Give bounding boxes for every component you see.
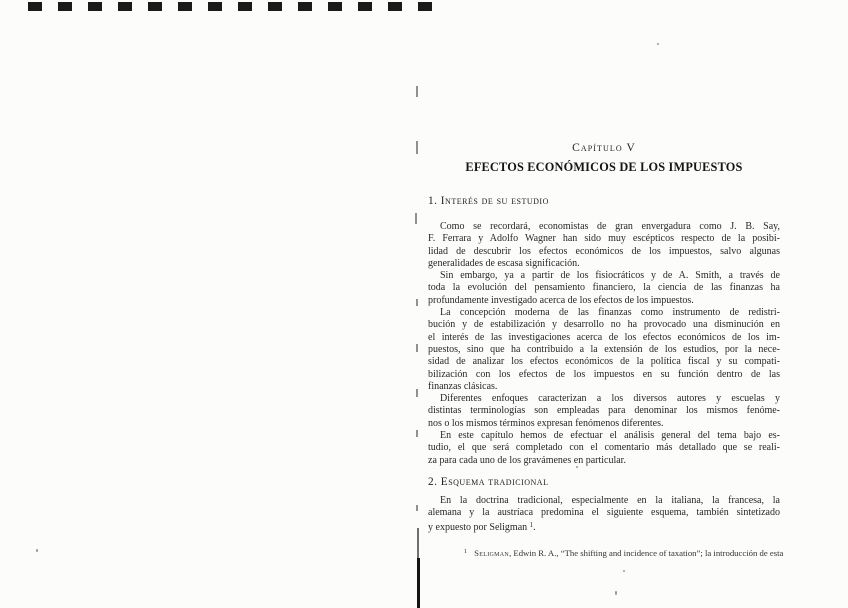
gutter-tick-mark [416,389,418,397]
film-sprocket-mark [118,2,132,11]
text-line: profundamente investigado acerca de los … [428,295,780,307]
text-line: finanzas clásicas. [428,381,780,393]
page-title: EFECTOS ECONÓMICOS DE LOS IMPUESTOS [428,160,780,174]
body-text: 1. Interés de su estudioComo se recordar… [428,195,780,558]
text-line: toda la evolución del pensamiento financ… [428,282,780,294]
film-sprocket-mark [58,2,72,11]
footnote: 1Seligman, Edwin R. A., “The shifting an… [464,547,780,558]
text-line: bución y de estabilización y desarrollo … [428,319,780,331]
paragraph: En la doctrina tradicional, especialment… [428,495,780,534]
film-sprocket-mark [298,2,312,11]
film-edge-line [417,558,420,608]
scanned-page-text-block: Capítulo V EFECTOS ECONÓMICOS DE LOS IMP… [428,142,780,558]
text-line: y expuesto por Seligman 1. [428,520,780,534]
paragraph: Sin embargo, ya a partir de los fisiocrá… [428,270,780,307]
text-line: bilización con los efectos de los impues… [428,369,780,381]
scan-speck [36,549,38,552]
paragraph: Diferentes enfoques caracterizan a los d… [428,393,780,430]
film-sprocket-mark [178,2,192,11]
text-line: generalidades de escasa significación. [428,258,780,270]
text-line: sidad de analizar los efectos económicos… [428,356,780,368]
text-line: En este capítulo hemos de efectuar el an… [428,430,780,442]
gutter-tick-mark [416,505,418,511]
footnote-text: , Edwin R. A., “The shifting and inciden… [509,548,783,558]
gutter-tick-mark [416,430,418,437]
film-sprocket-mark [148,2,162,11]
film-sprocket-mark [208,2,222,11]
footnote-reference: 1 [530,522,533,529]
film-sprocket-mark [418,2,432,11]
text-line: distintas terminologías son empleadas pa… [428,405,780,417]
text-line: Como se recordará, economistas de gran e… [428,221,780,233]
film-sprocket-mark [268,2,282,11]
scan-speck [657,43,659,45]
text-line: tudio, el que será completado con el com… [428,442,780,454]
film-sprocket-mark [358,2,372,11]
section-heading: 2. Esquema tradicional [428,476,780,489]
footnote-author: Seligman [474,548,509,558]
film-sprocket-mark [28,2,42,11]
scan-speck [615,591,617,595]
paragraph: En este capítulo hemos de efectuar el an… [428,430,780,467]
film-sprocket-mark [88,2,102,11]
gutter-tick-mark [416,299,418,306]
text-line: Sin embargo, ya a partir de los fisiocrá… [428,270,780,282]
gutter-tick-mark [416,141,418,154]
film-edge-line [417,528,419,562]
gutter-tick-mark [415,213,417,224]
text-line: Diferentes enfoques caracterizan a los d… [428,393,780,405]
text-line: La concepción moderna de las finanzas co… [428,307,780,319]
text-line: alemana y la austríaca predomina el sigu… [428,507,780,519]
section-heading: 1. Interés de su estudio [428,195,780,208]
scan-speck [623,570,625,572]
text-line: nos o los mismos términos expresan fenóm… [428,418,780,430]
film-sprocket-mark [388,2,402,11]
text-line: F. Ferrara y Adolfo Wagner han sido muy … [428,233,780,245]
text-line: En la doctrina tradicional, especialment… [428,495,780,507]
paragraph: La concepción moderna de las finanzas co… [428,307,780,393]
film-sprocket-mark [328,2,342,11]
paragraph: Como se recordará, economistas de gran e… [428,221,780,270]
gutter-tick-mark [416,86,418,97]
footnote-marker: 1 [464,548,467,555]
text-line: el interés de las investigaciones acerca… [428,332,780,344]
text-line: lidad de descubrir los efectos económico… [428,246,780,258]
film-sprocket-mark [238,2,252,11]
chapter-heading: Capítulo V [428,142,780,155]
gutter-tick-mark [416,344,418,352]
text-line: za para cada uno de los gravámenes en pa… [428,455,780,467]
text-line: puestos, sino que ha contribuido a la ex… [428,344,780,356]
